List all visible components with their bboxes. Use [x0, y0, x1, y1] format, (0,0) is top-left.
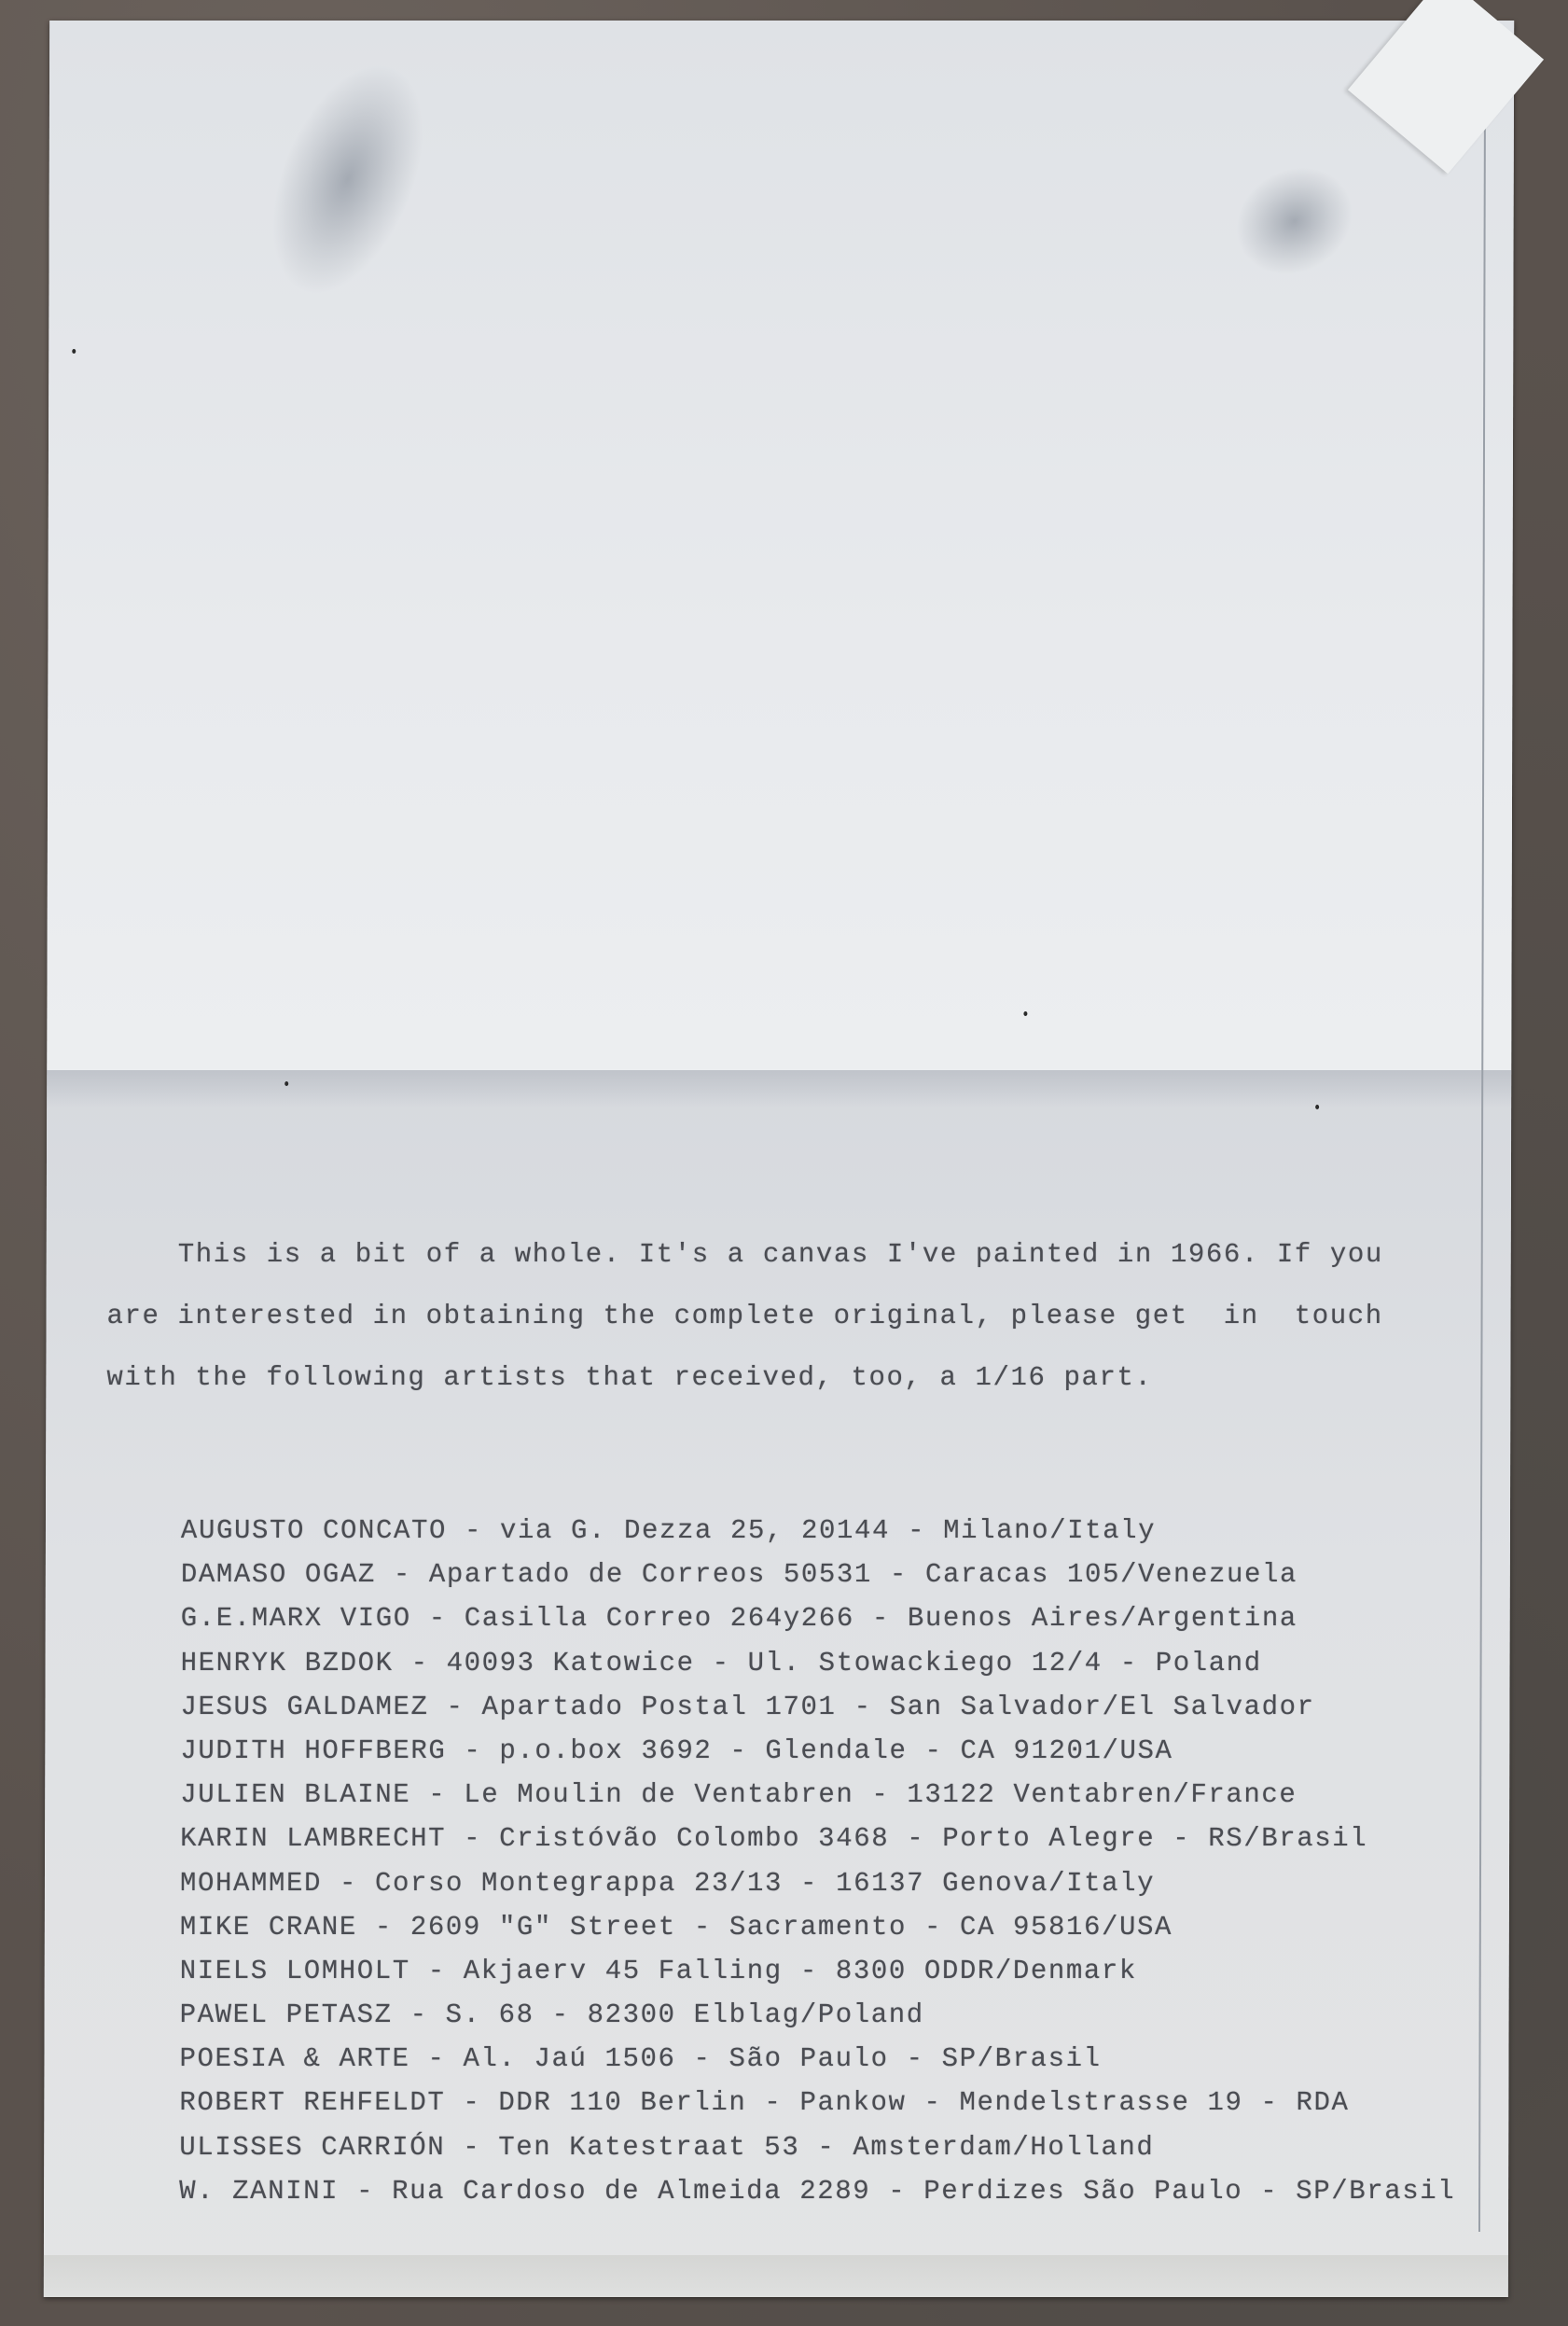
- artist-address: S. 68 - 82300 Elblag/Poland: [446, 1999, 924, 2030]
- separator: -: [393, 1999, 446, 2030]
- separator: -: [410, 1779, 464, 1810]
- artist-entry: AUGUSTO CONCATO - via G. Dezza 25, 20144…: [181, 1509, 1457, 1553]
- intro-paragraph: This is a bit of a whole. It's a canvas …: [106, 1224, 1514, 1409]
- artist-address: Al. Jaú 1506 - São Paulo - SP/Brasil: [463, 2043, 1101, 2074]
- artist-address: Casilla Correo 264y266 - Buenos Aires/Ar…: [465, 1603, 1297, 1634]
- artist-entry: KARIN LAMBRECHT - Cristóvão Colombo 3468…: [180, 1817, 1456, 1860]
- separator: -: [446, 1823, 499, 1854]
- artist-address: 40093 Katowice - Ul. Stowackiego 12/4 - …: [447, 1648, 1262, 1678]
- separator: -: [411, 1603, 465, 1634]
- artist-address: via G. Dezza 25, 20144 - Milano/Italy: [500, 1515, 1156, 1546]
- artist-address: Rua Cardoso de Almeida 2289 - Perdizes S…: [392, 2176, 1455, 2207]
- separator: -: [445, 2087, 498, 2118]
- artist-address: p.o.box 3692 - Glendale - CA 91201/USA: [499, 1735, 1173, 1766]
- artist-name: HENRYK BZDOK: [181, 1648, 394, 1678]
- artist-name: JESUS GALDAMEZ: [180, 1692, 428, 1722]
- artist-address: Ten Katestraat 53 - Amsterdam/Holland: [498, 2132, 1154, 2163]
- artist-entry: PAWEL PETASZ - S. 68 - 82300 Elblag/Pola…: [180, 1993, 1456, 2037]
- artist-address: Akjaerv 45 Falling - 8300 ODDR/Denmark: [464, 1956, 1137, 1986]
- artist-address: Cristóvão Colombo 3468 - Porto Alegre - …: [499, 1823, 1367, 1854]
- separator: -: [410, 1956, 464, 1986]
- artist-name: KARIN LAMBRECHT: [180, 1823, 446, 1854]
- separator: -: [428, 1692, 481, 1722]
- artist-address: Corso Montegrappa 23/13 - 16137 Genova/I…: [375, 1868, 1155, 1899]
- artist-entry: JUDITH HOFFBERG - p.o.box 3692 - Glendal…: [180, 1729, 1456, 1773]
- separator: -: [409, 2043, 463, 2074]
- artist-name: JULIEN BLAINE: [180, 1779, 410, 1810]
- artist-entry: G.E.MARX VIGO - Casilla Correo 264y266 -…: [181, 1596, 1457, 1640]
- ink-speck: [1023, 1011, 1027, 1016]
- artist-entry: DAMASO OGAZ - Apartado de Correos 50531 …: [181, 1553, 1457, 1596]
- artist-address: Apartado de Correos 50531 - Caracas 105/…: [429, 1559, 1297, 1590]
- ink-speck: [284, 1081, 288, 1086]
- artist-entry: ULISSES CARRIÓN - Ten Katestraat 53 - Am…: [179, 2125, 1455, 2169]
- separator: -: [376, 1559, 429, 1590]
- artist-name: ULISSES CARRIÓN: [179, 2132, 445, 2163]
- artist-name: ROBERT REHFELDT: [179, 2087, 445, 2118]
- artist-entry: POESIA & ARTE - Al. Jaú 1506 - São Paulo…: [179, 2037, 1455, 2081]
- intro-line: This is a bit of a whole. It's a canvas …: [107, 1224, 1515, 1286]
- artist-entry: NIELS LOMHOLT - Akjaerv 45 Falling - 830…: [180, 1949, 1456, 1993]
- artist-name: DAMASO OGAZ: [181, 1559, 376, 1590]
- separator: -: [357, 1912, 410, 1943]
- artist-address: Apartado Postal 1701 - San Salvador/El S…: [481, 1692, 1314, 1722]
- ink-speck: [1315, 1105, 1319, 1109]
- separator: -: [339, 2176, 392, 2207]
- paper-sheet: This is a bit of a whole. It's a canvas …: [44, 21, 1514, 2297]
- intro-line: are interested in obtaining the complete…: [106, 1286, 1514, 1347]
- artist-address: Le Moulin de Ventabren - 13122 Ventabren…: [464, 1779, 1297, 1810]
- artist-name: POESIA & ARTE: [179, 2043, 409, 2074]
- ink-speck: [72, 349, 76, 354]
- artist-list: AUGUSTO CONCATO - via G. Dezza 25, 20144…: [179, 1509, 1457, 2213]
- artist-name: PAWEL PETASZ: [180, 1999, 393, 2030]
- artist-name: JUDITH HOFFBERG: [180, 1735, 446, 1766]
- artist-address: 2609 "G" Street - Sacramento - CA 95816/…: [410, 1912, 1173, 1943]
- fold-crease: [47, 1070, 1511, 1107]
- artist-entry: MIKE CRANE - 2609 "G" Street - Sacrament…: [180, 1905, 1456, 1949]
- separator: -: [446, 1735, 499, 1766]
- artist-name: MIKE CRANE: [180, 1912, 357, 1943]
- artist-name: G.E.MARX VIGO: [181, 1603, 411, 1634]
- artist-entry: JESUS GALDAMEZ - Apartado Postal 1701 - …: [180, 1685, 1456, 1729]
- artist-entry: W. ZANINI - Rua Cardoso de Almeida 2289 …: [179, 2169, 1455, 2213]
- artist-address: DDR 110 Berlin - Pankow - Mendelstrasse …: [498, 2087, 1349, 2118]
- artist-name: NIELS LOMHOLT: [180, 1956, 410, 1986]
- artist-name: W. ZANINI: [179, 2176, 339, 2207]
- bottom-fold-strip: [44, 2255, 1508, 2297]
- artist-name: MOHAMMED: [180, 1868, 322, 1899]
- separator: -: [394, 1648, 447, 1678]
- separator: -: [445, 2132, 498, 2163]
- separator: -: [447, 1515, 500, 1546]
- artist-entry: ROBERT REHFELDT - DDR 110 Berlin - Panko…: [179, 2081, 1455, 2124]
- artist-entry: HENRYK BZDOK - 40093 Katowice - Ul. Stow…: [181, 1641, 1457, 1685]
- artist-entry: JULIEN BLAINE - Le Moulin de Ventabren -…: [180, 1773, 1456, 1817]
- artist-entry: MOHAMMED - Corso Montegrappa 23/13 - 161…: [180, 1861, 1456, 1905]
- intro-line: with the following artists that received…: [106, 1347, 1514, 1409]
- artist-name: AUGUSTO CONCATO: [181, 1515, 447, 1546]
- separator: -: [322, 1868, 375, 1899]
